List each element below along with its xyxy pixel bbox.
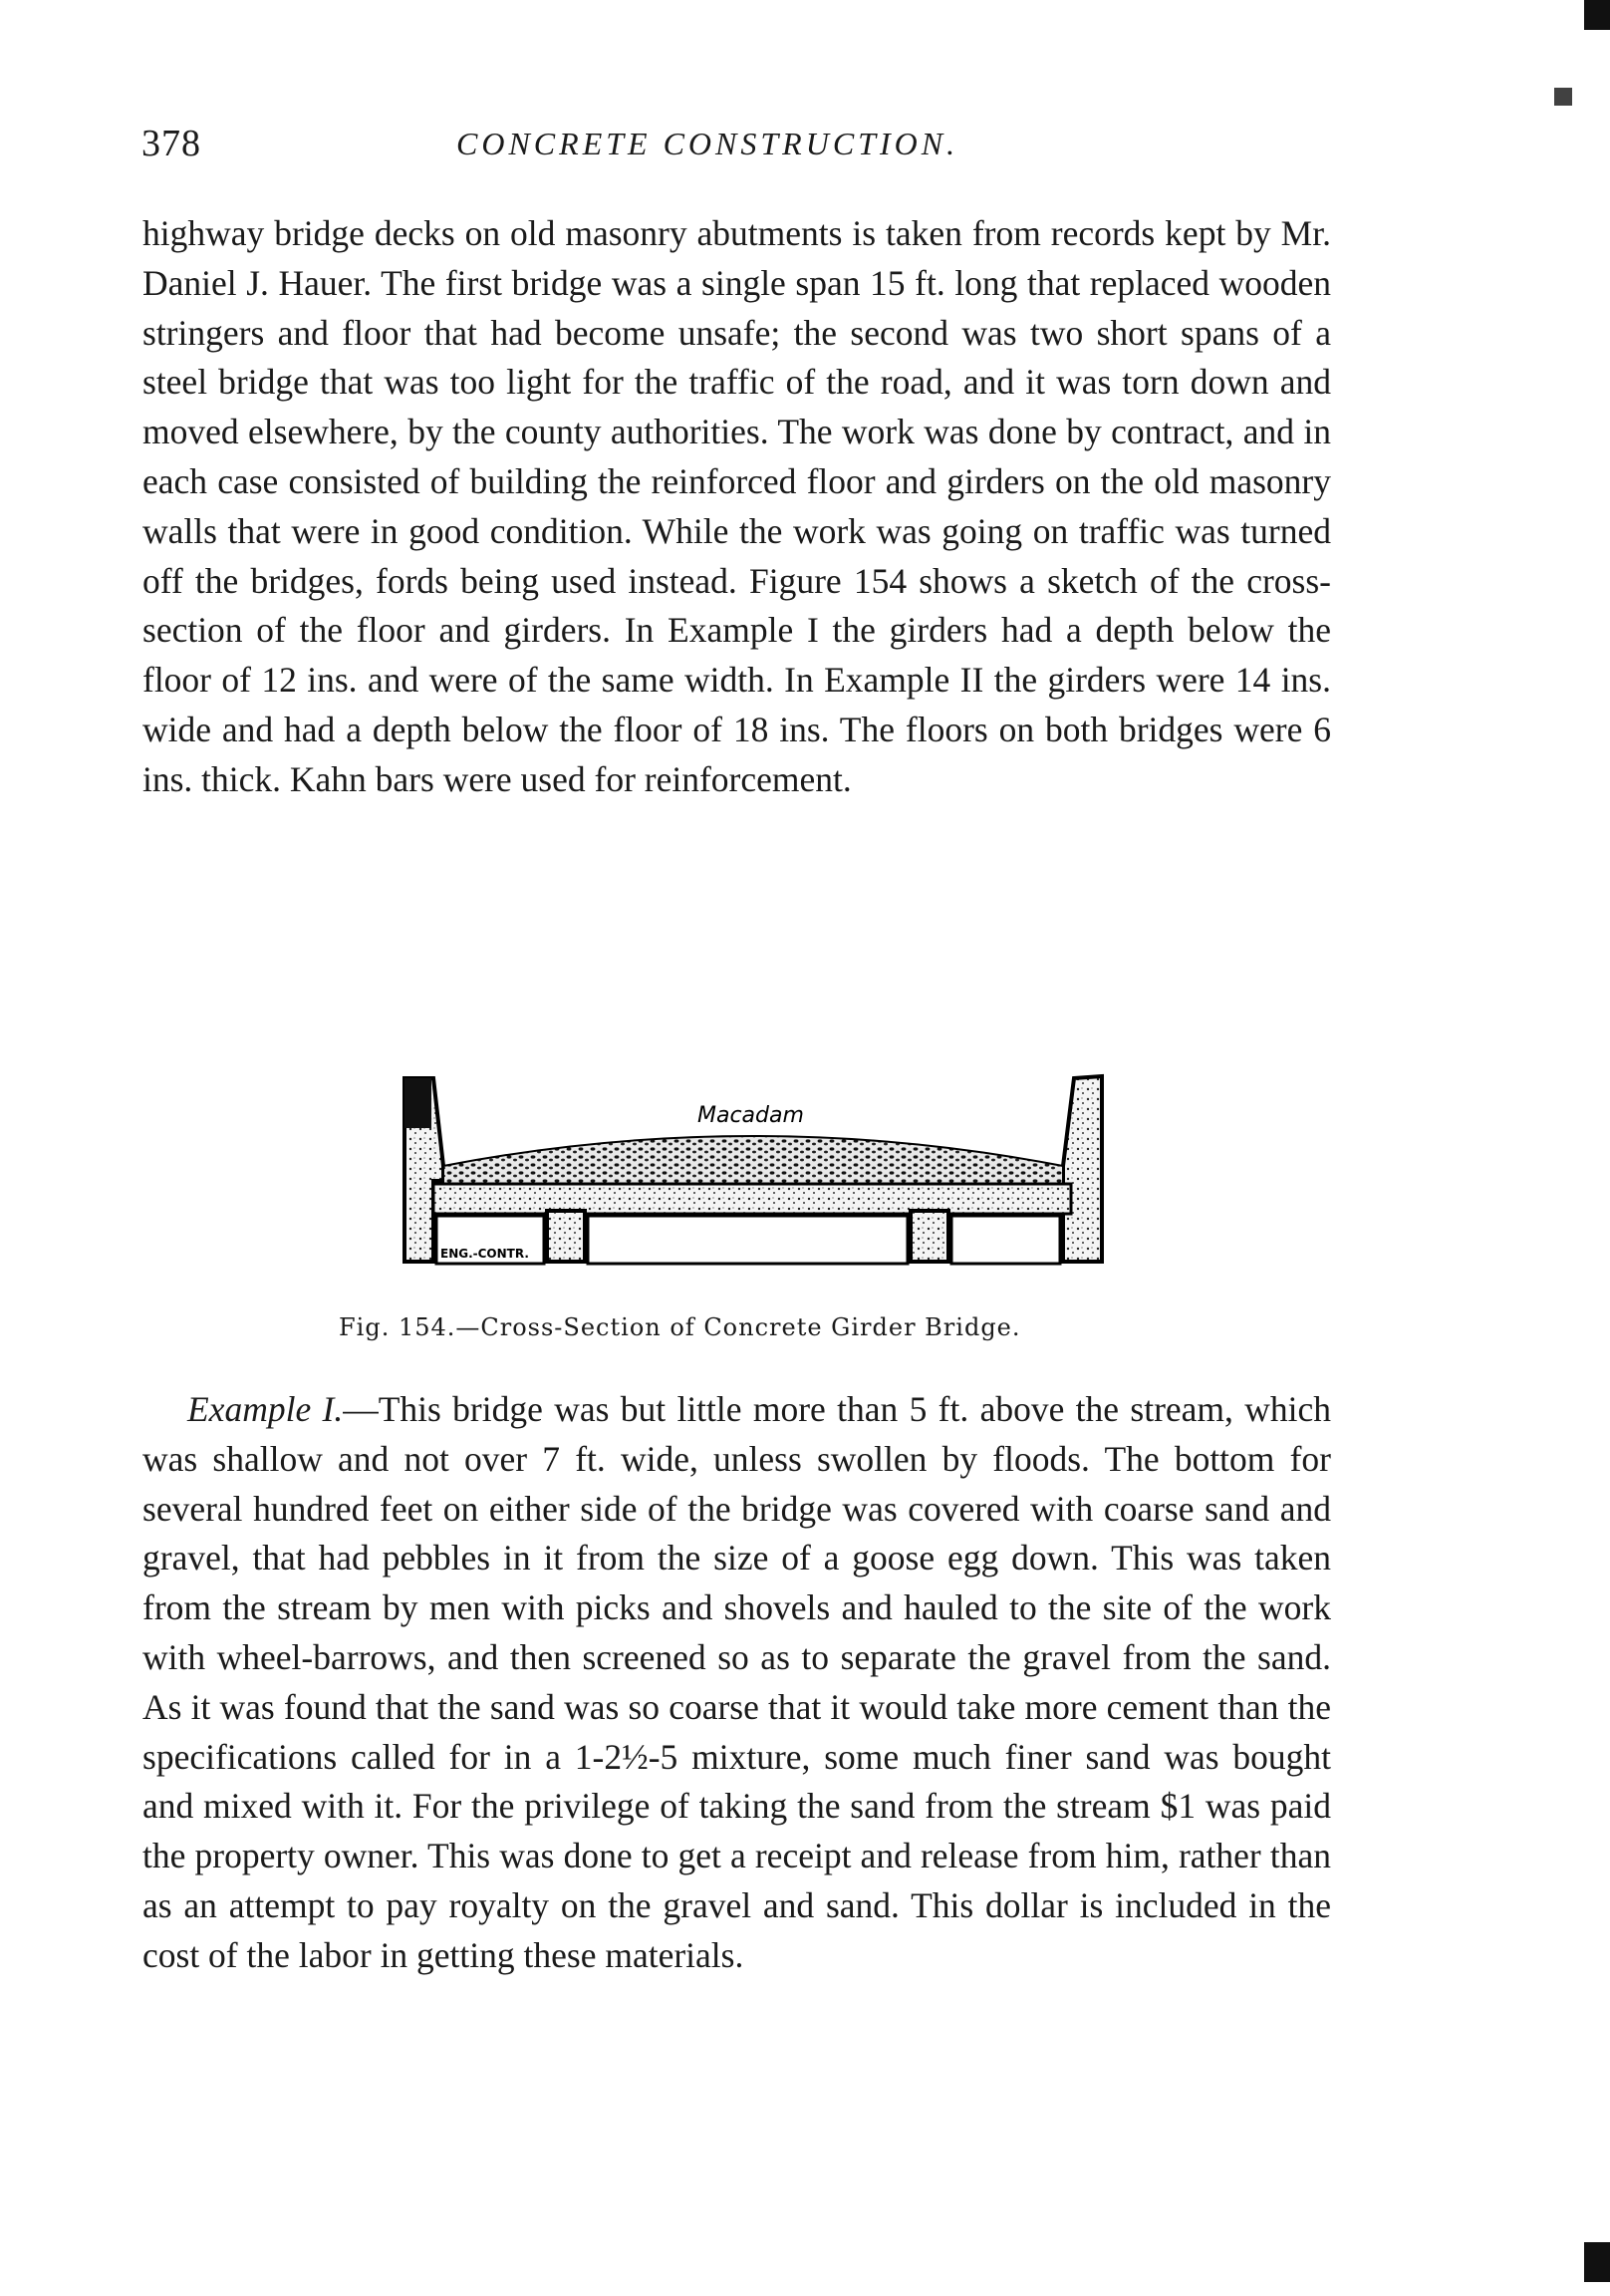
running-head: 378 CONCRETE CONSTRUCTION. [139, 118, 1036, 167]
scan-artifact-bottom-right [1584, 2242, 1610, 2282]
em-dash: — [343, 1389, 379, 1429]
figure-caption: Fig. 154.—Cross-Section of Concrete Gird… [339, 1313, 1235, 1341]
running-title: CONCRETE CONSTRUCTION. [456, 126, 958, 162]
body-paragraph-1: highway bridge decks on old masonry abut… [142, 209, 1331, 805]
macadam-label: Macadam [697, 1103, 804, 1128]
example-heading: Example I. [187, 1389, 343, 1429]
body-paragraph-2: Example I.—This bridge was but little mo… [142, 1385, 1331, 1981]
paragraph-text: highway bridge decks on old masonry abut… [142, 209, 1331, 805]
scan-artifact-top-right [1584, 0, 1610, 30]
paragraph-body: This bridge was but little more than 5 f… [142, 1389, 1331, 1975]
scan-artifact-right [1554, 88, 1572, 106]
bridge-cross-section-figure: Macadam ENG.-CONTR. [399, 1066, 1108, 1286]
credit-label: ENG.-CONTR. [440, 1247, 529, 1261]
bridge-cross-section-diagram: Macadam ENG.-CONTR. [399, 1066, 1108, 1286]
paragraph-text: Example I.—This bridge was but little mo… [142, 1385, 1331, 1981]
page-number: 378 [141, 122, 201, 165]
